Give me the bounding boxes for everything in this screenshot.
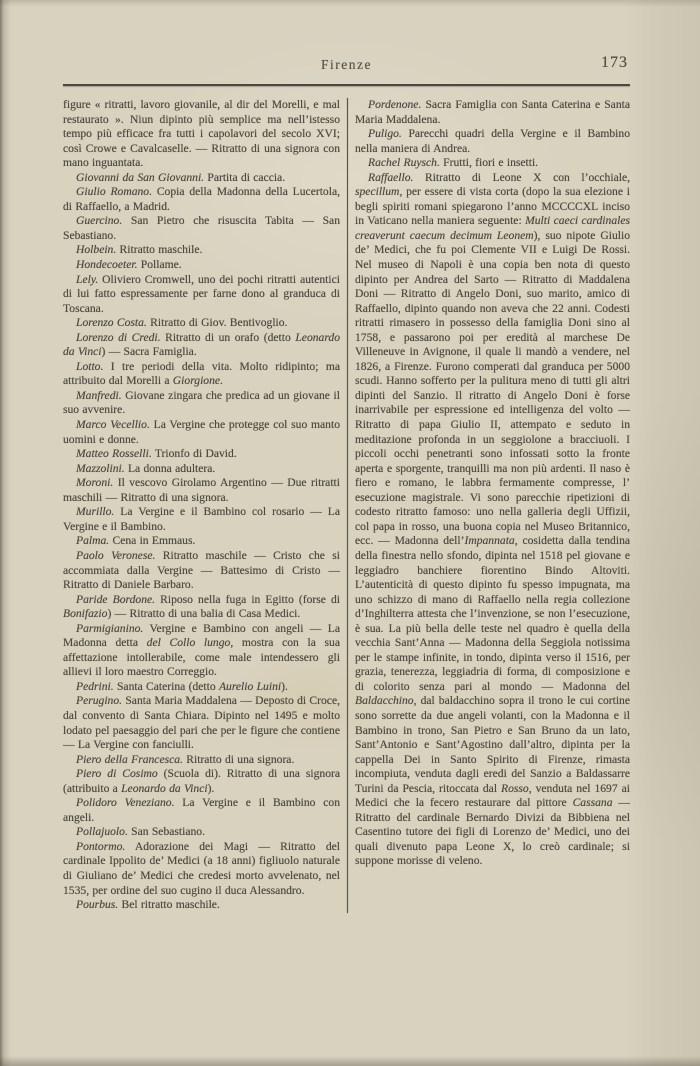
entry-paragraph: Hondecoeter. Pollame. — [63, 258, 340, 273]
artist-name-italic: Pollajuolo. — [76, 825, 128, 838]
entry-text: Riposo nella fuga in Egitto (forse di — [155, 593, 340, 606]
entry-paragraph: Lorenzo Costa. Ritratto di Giov. Bentivo… — [63, 316, 340, 331]
entry-text: Cena in Emmaus. — [109, 534, 195, 547]
entry-paragraph: Perugino. Santa Maria Maddalena — Depost… — [63, 694, 340, 752]
artist-name-italic: Palma. — [76, 534, 109, 547]
entry-paragraph: Paride Bordone. Riposo nella fuga in Egi… — [63, 593, 340, 622]
artist-name-italic: Perugino. — [76, 694, 122, 707]
entry-text: Partita di caccia. — [204, 171, 285, 184]
artist-name-italic: Lely. — [76, 273, 98, 286]
entry-paragraph: Piero di Cosimo (Scuola di). Ritratto di… — [63, 767, 340, 796]
entry-paragraph: Mazzolini. La donna adultera. — [63, 462, 340, 477]
entry-paragraph: Guercino. San Pietro che risuscita Tabit… — [63, 214, 340, 243]
artist-name-italic: Aurelio Luini — [219, 680, 281, 693]
entry-paragraph: Pontormo. Adorazione dei Magi — Ritratto… — [63, 840, 340, 898]
artist-name-italic: Marco Vecellio. — [76, 418, 150, 431]
left-column: figure « ritratti, lavoro giovanile, al … — [63, 98, 340, 913]
entry-paragraph: Matteo Rosselli. Trionfo di David. — [63, 447, 340, 462]
entry-paragraph: Giovanni da San Giovanni. Partita di cac… — [63, 171, 340, 186]
entry-paragraph: Pedrini. Santa Caterina (detto Aurelio L… — [63, 680, 340, 695]
entry-text: ) — Sacra Famiglia. — [102, 345, 197, 358]
entry-paragraph: Moroni. Il vescovo Girolamo Argentino — … — [63, 476, 340, 505]
entry-text: La donna adultera. — [125, 462, 216, 475]
artist-name-italic: Cassana — [573, 796, 613, 809]
artist-name-italic: Pedrini. — [76, 680, 114, 693]
entry-paragraph: Manfredi. Giovane zingara che predica ad… — [63, 389, 340, 418]
entry-text: Ritratto maschile. — [116, 243, 202, 256]
artist-name-italic: Polidoro Veneziano. — [76, 796, 175, 809]
entry-paragraph: Lely. Oliviero Cromwell, uno dei pochi r… — [63, 273, 340, 317]
artist-name-italic: Piero di Cosimo — [76, 767, 158, 780]
artist-name-italic: Rachel Ruysch. — [368, 156, 440, 169]
artist-name-italic: Manfredi. — [76, 389, 122, 402]
entry-paragraph: Pordenone. Sacra Famiglia con Santa Cate… — [355, 98, 630, 127]
entry-text: Pollame. — [138, 258, 182, 271]
entry-paragraph: Pourbus. Bel ritratto maschile. — [63, 898, 340, 913]
artist-name-italic: Paolo Veronese. — [76, 549, 155, 562]
entry-paragraph: Polidoro Veneziano. La Vergine e il Bamb… — [63, 796, 340, 825]
entry-text: Bel ritratto maschile. — [118, 898, 220, 911]
running-title: Firenze — [63, 57, 630, 73]
entry-text: ) — Ritratto di una balia di Casa Medici… — [107, 607, 300, 620]
artist-name-italic: Lorenzo di Credi. — [76, 331, 161, 344]
entry-text: ), suo nipote Giulio de’ Medici, che fu … — [355, 229, 630, 547]
divider-wrap — [340, 98, 355, 913]
artist-name-italic: Pordenone. — [368, 98, 421, 111]
artist-name-italic: del Collo lungo — [147, 636, 231, 649]
entry-text: , dal baldacchino sopra il trono le cui … — [355, 694, 630, 794]
entry-text: Trionfo di David. — [152, 447, 237, 460]
artist-name-italic: Matteo Rosselli. — [76, 447, 152, 460]
entry-paragraph: Puligo. Parecchi quadri della Vergine e … — [355, 127, 630, 156]
entry-paragraph: Rachel Ruysch. Frutti, fiori e insetti. — [355, 156, 630, 171]
artist-name-italic: Bonifazio — [63, 607, 107, 620]
artist-name-italic: Guercino. — [76, 214, 122, 227]
entry-text: , cosidetta dalla tendina della finestra… — [355, 534, 630, 692]
entry-paragraph: Raffaello. Ritratto di Leone X con l’occ… — [355, 171, 630, 869]
entry-paragraph: Paolo Veronese. Ritratto maschile — Cris… — [63, 549, 340, 593]
entry-paragraph: Murillo. La Vergine e il Bambino col ros… — [63, 505, 340, 534]
artist-name-italic: Parmigianino. — [76, 622, 143, 635]
entry-paragraph: Lotto. I tre periodi della vita. Molto r… — [63, 360, 340, 389]
page-content: Firenze 173 figure « ritratti, lavoro gi… — [63, 0, 630, 1066]
entry-paragraph: Parmigianino. Vergine e Bambino con ange… — [63, 622, 340, 680]
artist-name-italic: Giovanni da San Giovanni. — [76, 171, 204, 184]
artist-name-italic: Raffaello. — [368, 171, 413, 184]
entry-paragraph: figure « ritratti, lavoro giovanile, al … — [63, 98, 340, 171]
entry-text: Ritratto di Giov. Bentivoglio. — [147, 316, 288, 329]
artist-name-italic: Baldacchino — [355, 694, 414, 707]
artist-name-italic: Moroni. — [76, 476, 113, 489]
artist-name-italic: Puligo. — [368, 127, 402, 140]
entry-text: Ritratto di una signora. — [183, 753, 294, 766]
artist-name-italic: Hondecoeter. — [76, 258, 138, 271]
artist-name-italic: Holbein. — [76, 243, 116, 256]
entry-text: ). — [208, 782, 215, 795]
artist-name-italic: Lotto. — [76, 360, 103, 373]
entry-text: Frutti, fiori e insetti. — [440, 156, 538, 169]
entry-paragraph: Marco Vecellio. La Vergine che protegge … — [63, 418, 340, 447]
entry-paragraph: Piero della Francesca. Ritratto di una s… — [63, 753, 340, 768]
artist-name-italic: Rosso — [501, 782, 529, 795]
artist-name-italic: Leonardo da Vinci — [121, 782, 207, 795]
artist-name-italic: Impannata — [464, 534, 514, 547]
entry-text: figure « ritratti, lavoro giovanile, al … — [63, 98, 340, 169]
page-number: 173 — [601, 54, 628, 72]
artist-name-italic: Giulio Romano. — [76, 185, 152, 198]
entry-text: Ritratto di un orafo (detto — [161, 331, 296, 344]
scanned-book-page: Firenze 173 figure « ritratti, lavoro gi… — [0, 0, 700, 1066]
entry-paragraph: Lorenzo di Credi. Ritratto di un orafo (… — [63, 331, 340, 360]
artist-name-italic: Pourbus. — [76, 898, 118, 911]
entry-text: . — [220, 374, 223, 387]
entry-text: Santa Caterina (detto — [114, 680, 219, 693]
entry-paragraph: Holbein. Ritratto maschile. — [63, 243, 340, 258]
column-divider-rule — [347, 98, 348, 913]
artist-name-italic: Piero della Francesca. — [76, 753, 183, 766]
entry-paragraph: Giulio Romano. Copia della Madonna della… — [63, 185, 340, 214]
entry-paragraph: Pollajuolo. San Sebastiano. — [63, 825, 340, 840]
header-rule — [63, 84, 630, 86]
artist-name-italic: Mazzolini. — [76, 462, 125, 475]
entry-text: ). — [281, 680, 288, 693]
artist-name-italic: Lorenzo Costa. — [76, 316, 147, 329]
entry-paragraph: Palma. Cena in Emmaus. — [63, 534, 340, 549]
entry-text: Oliviero Cromwell, uno dei pochi ritratt… — [63, 273, 340, 315]
artist-name-italic: Pontormo. — [76, 840, 125, 853]
text-columns: figure « ritratti, lavoro giovanile, al … — [63, 98, 630, 913]
artist-name-italic: Paride Bordone. — [76, 593, 155, 606]
artist-name-italic: specillum — [355, 185, 399, 198]
entry-text: Ritratto di Leone X con l’occhiale, — [413, 171, 630, 184]
entry-text: San Sebastiano. — [128, 825, 205, 838]
right-column: Pordenone. Sacra Famiglia con Santa Cate… — [355, 98, 630, 913]
artist-name-italic: Murillo. — [76, 505, 114, 518]
artist-name-italic: Giorgione — [173, 374, 220, 387]
